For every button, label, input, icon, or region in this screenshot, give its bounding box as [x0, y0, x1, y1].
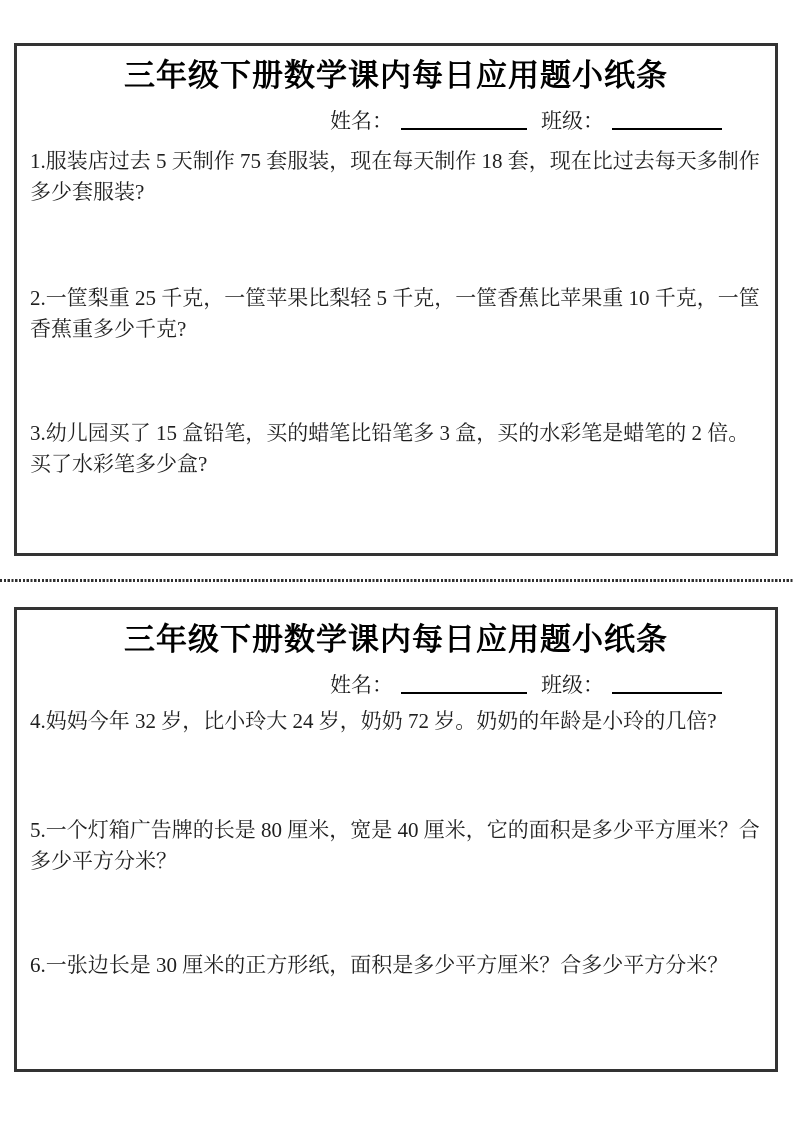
worksheet-title: 三年级下册数学课内每日应用题小纸条 — [30, 620, 762, 660]
class-label: 班级： — [541, 109, 604, 133]
problem-1: 1.服装店过去 5 天制作 75 套服装，现在每天制作 18 套，现在比过去每天… — [30, 146, 762, 208]
class-blank-line — [612, 673, 722, 694]
name-class-row: 姓名：班级： — [330, 672, 762, 698]
name-class-row: 姓名：班级： — [330, 108, 762, 134]
problem-6: 6.一张边长是 30 厘米的正方形纸，面积是多少平方厘米？合多少平方分米？ — [30, 950, 762, 981]
problem-2: 2.一筐梨重 25 千克，一筐苹果比梨轻 5 千克，一筐香蕉比苹果重 10 千克… — [30, 283, 762, 345]
name-blank-line — [401, 109, 527, 130]
dotted-cut-line — [0, 579, 793, 582]
name-blank-line — [401, 673, 527, 694]
worksheet-title: 三年级下册数学课内每日应用题小纸条 — [30, 56, 762, 96]
class-label: 班级： — [541, 673, 604, 697]
worksheet-section-bottom: 三年级下册数学课内每日应用题小纸条 姓名：班级： 4.妈妈今年 32 岁，比小玲… — [14, 607, 778, 1072]
problem-3: 3.幼儿园买了 15 盒铅笔，买的蜡笔比铅笔多 3 盒，买的水彩笔是蜡笔的 2 … — [30, 418, 762, 480]
problem-4: 4.妈妈今年 32 岁，比小玲大 24 岁，奶奶 72 岁。奶奶的年龄是小玲的几… — [30, 706, 762, 737]
class-blank-line — [612, 109, 722, 130]
name-label: 姓名： — [330, 109, 393, 133]
problem-5: 5.一个灯箱广告牌的长是 80 厘米，宽是 40 厘米，它的面积是多少平方厘米？… — [30, 815, 762, 877]
worksheet-section-top: 三年级下册数学课内每日应用题小纸条 姓名：班级： 1.服装店过去 5 天制作 7… — [14, 43, 778, 556]
name-label: 姓名： — [330, 673, 393, 697]
